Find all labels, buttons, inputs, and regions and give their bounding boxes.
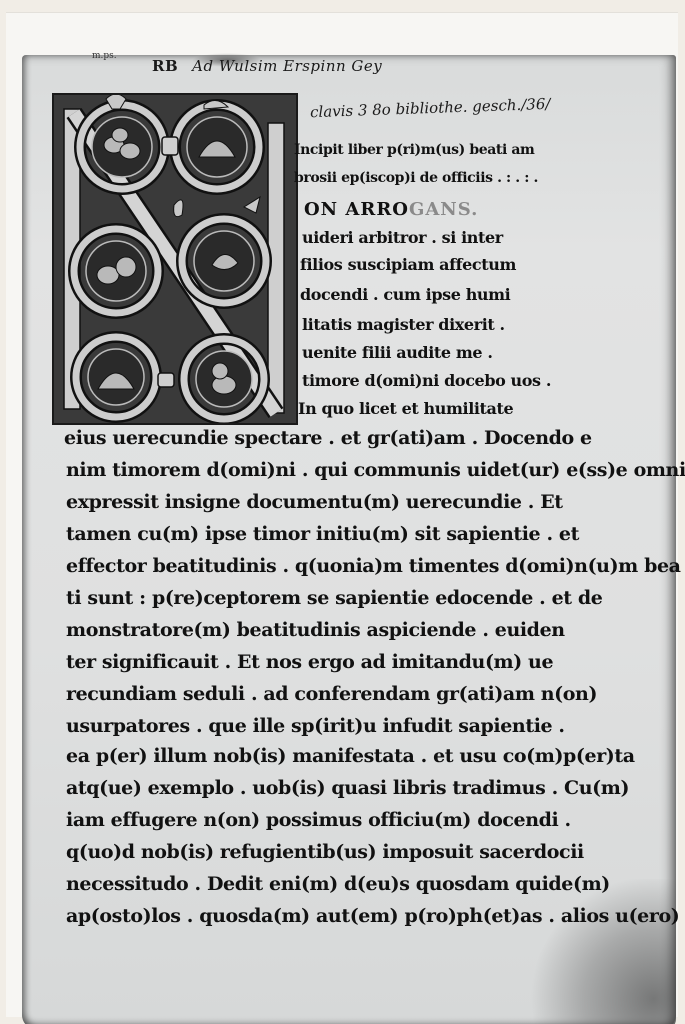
text-line: ti sunt : p(re)ceptorem se sapientie edo… xyxy=(66,589,602,608)
text-line: usurpatores . que ille sp(irit)u infudit… xyxy=(66,717,565,736)
incipit-capitals: ON ARROGANS. xyxy=(304,201,478,219)
text-line: ap(osto)los . quosda(m) aut(em) p(ro)ph(… xyxy=(66,907,685,926)
text-line: eius uerecundie spectare . et gr(ati)am … xyxy=(64,429,592,448)
text-line: ter significauit . Et nos ergo ad imitan… xyxy=(66,653,553,672)
text-line: uideri arbitror . si inter xyxy=(302,230,503,246)
text-line: expressit insigne documentu(m) uerecundi… xyxy=(66,493,563,512)
text-line: ea p(er) illum nob(is) manifestata . et … xyxy=(66,747,635,766)
text-line: iam effugere n(on) possimus officiu(m) d… xyxy=(66,811,571,830)
text-line: docendi . cum ipse humi xyxy=(300,287,510,303)
text-line: nim timorem d(omi)ni . qui communis uide… xyxy=(66,461,685,480)
text-line: necessitudo . Dedit eni(m) d(eu)s quosda… xyxy=(66,875,610,894)
photo-mount: m.ps. RBAd Wulsim Erspinn Gey clavis 3 8… xyxy=(6,12,678,1017)
text-line: tamen cu(m) ipse timor initiu(m) sit sap… xyxy=(66,525,579,544)
incipit-faded: GANS. xyxy=(409,199,478,220)
text-line: uenite filii audite me . xyxy=(302,345,493,361)
text-line: timore d(omi)ni docebo uos . xyxy=(302,373,551,389)
rubric-line-2: brosii ep(iscop)i de officiis . : . : . xyxy=(294,171,538,185)
text-line: monstratore(m) beatitudinis aspiciende .… xyxy=(66,621,565,640)
manuscript-text: Incipit liber p(ri)m(us) beati am brosii… xyxy=(22,55,676,1024)
incipit-dark: ON ARRO xyxy=(304,199,409,220)
text-line: q(uo)d nob(is) refugientib(us) imposuit … xyxy=(66,843,584,862)
text-line: filios suscipiam affectum xyxy=(300,257,516,273)
manuscript-leaf: m.ps. RBAd Wulsim Erspinn Gey clavis 3 8… xyxy=(22,55,676,1024)
rubric-line-1: Incipit liber p(ri)m(us) beati am xyxy=(294,143,534,157)
text-line: recundiam seduli . ad conferendam gr(ati… xyxy=(66,685,597,704)
text-line: In quo licet et humilitate xyxy=(298,401,513,417)
text-line: litatis magister dixerit . xyxy=(302,317,505,333)
text-line: effector beatitudinis . q(uonia)m timent… xyxy=(66,557,681,576)
text-line: atq(ue) exemplo . uob(is) quasi libris t… xyxy=(66,779,629,798)
